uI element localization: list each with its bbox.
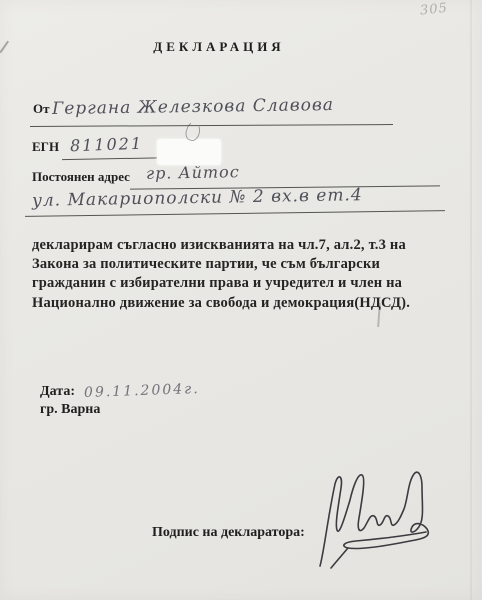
body-line-1: декларирам съгласно изискванията на чл.7… (32, 236, 432, 255)
signature-handwriting (298, 468, 443, 573)
from-field-line (30, 124, 393, 127)
egn-label: ЕГН (32, 139, 59, 155)
permanent-address-label: Постоянен адрес (32, 169, 130, 185)
egn-redaction-whiteout (157, 139, 221, 165)
signature-label: Подпис на декларатора: (152, 525, 305, 541)
from-label: От (33, 101, 50, 117)
body-line-3: гражданин с избирателни права и учредите… (32, 274, 432, 293)
handwritten-declarant-name: Гергана Железкова Славова (52, 95, 334, 119)
handwritten-address-city: гр. Айтос (146, 162, 240, 183)
document-title: ДЕКЛАРАЦИЯ (0, 39, 438, 55)
handwritten-egn-digits: 811021 (70, 134, 144, 156)
paper-edge-shadow (470, 0, 472, 600)
declaration-body-paragraph: декларирам съгласно изискванията на чл.7… (32, 236, 432, 313)
handwritten-page-number: 305 (419, 0, 470, 19)
body-line-2: Закона за политическите партии, че съм б… (32, 255, 432, 274)
date-label: Дата: (40, 384, 75, 400)
body-line-4: Национално движение за свобода и демокра… (32, 294, 432, 313)
handwritten-address-street: ул. Макариополски № 2 вх.в ет.4 (32, 185, 363, 211)
address-field-line-2 (25, 210, 445, 217)
scanned-declaration-document: 305 ДЕКЛАРАЦИЯ От Гергана Железкова Слав… (0, 0, 482, 600)
city-label: гр. Варна (40, 402, 100, 418)
handwritten-date: 09.11.2004г. (84, 381, 200, 401)
